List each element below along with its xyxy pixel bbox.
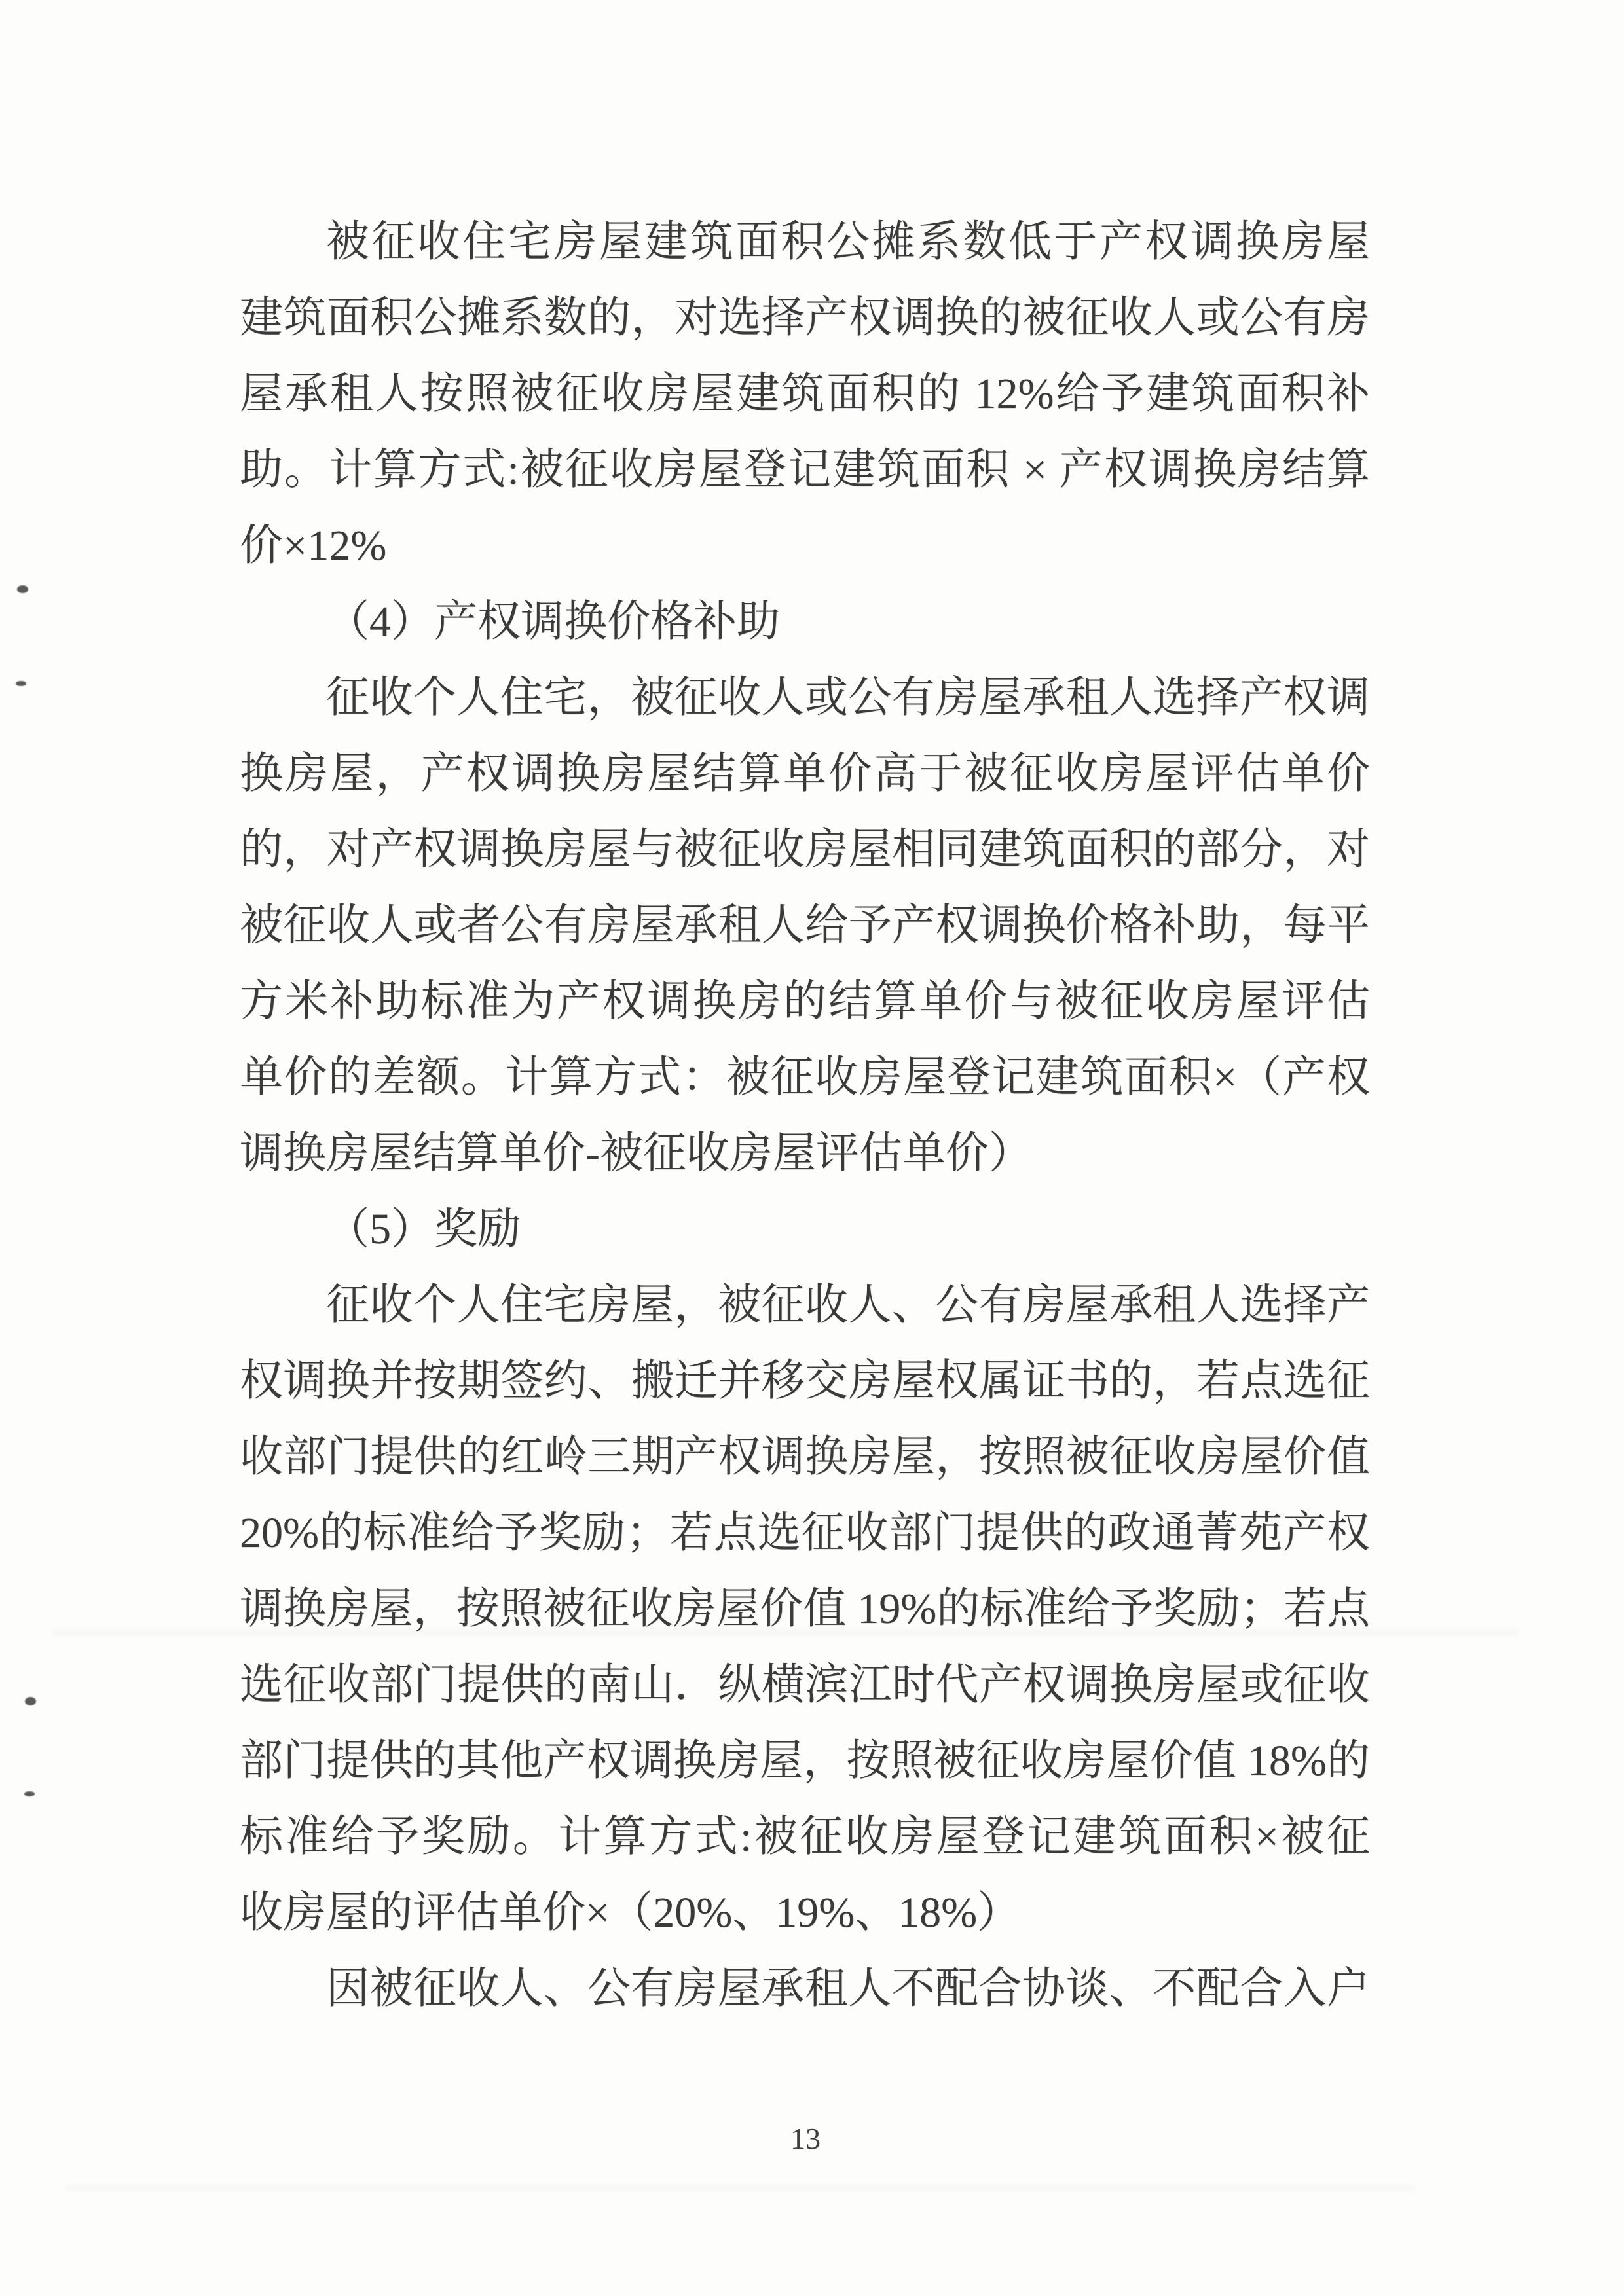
text-line: 标准给予奖励。计算方式:被征收房屋登记建筑面积×被征 — [240, 1799, 1370, 1875]
section-heading: （4）产权调换价格补助 — [240, 584, 1370, 660]
text-line: 方米补助标准为产权调换房的结算单价与被征收房屋评估 — [240, 964, 1370, 1040]
margin-scan-mark — [24, 1791, 35, 1796]
text-line: 权调换并按期签约、搬迁并移交房屋权属证书的，若点选征 — [240, 1343, 1370, 1419]
text-line: 部门提供的其他产权调换房屋，按照被征收房屋价值 18%的 — [240, 1723, 1370, 1799]
text-line: 调换房屋结算单价-被征收房屋评估单价） — [240, 1116, 1370, 1192]
margin-scan-mark — [17, 585, 28, 593]
document-page: 被征收住宅房屋建筑面积公摊系数低于产权调换房屋 建筑面积公摊系数的，对选择产权调… — [0, 0, 1624, 2296]
text-line: 屋承租人按照被征收房屋建筑面积的 12%给予建筑面积补 — [240, 356, 1370, 432]
text-line: 选征收部门提供的南山．纵横滨江时代产权调换房屋或征收 — [240, 1647, 1370, 1723]
text-line: 征收个人住宅房屋，被征收人、公有房屋承租人选择产 — [240, 1267, 1370, 1343]
text-line: 价×12% — [240, 508, 1370, 584]
text-line: 收部门提供的红岭三期产权调换房屋，按照被征收房屋价值 — [240, 1419, 1370, 1495]
scan-artifact — [65, 2185, 1414, 2191]
text-line: 因被征收人、公有房屋承租人不配合协谈、不配合入户 — [240, 1951, 1370, 2027]
text-line: 建筑面积公摊系数的，对选择产权调换的被征收人或公有房 — [240, 280, 1370, 356]
document-body: 被征收住宅房屋建筑面积公摊系数低于产权调换房屋 建筑面积公摊系数的，对选择产权调… — [240, 204, 1370, 2027]
text-line: 换房屋，产权调换房屋结算单价高于被征收房屋评估单价 — [240, 736, 1370, 812]
text-line: 被征收住宅房屋建筑面积公摊系数低于产权调换房屋 — [240, 204, 1370, 280]
text-line: 的，对产权调换房屋与被征收房屋相同建筑面积的部分，对 — [240, 812, 1370, 888]
scan-artifact — [52, 1629, 1519, 1635]
margin-scan-mark — [25, 1697, 36, 1705]
text-line: 收房屋的评估单价×（20%、19%、18%） — [240, 1875, 1370, 1951]
text-line: 单价的差额。计算方式：被征收房屋登记建筑面积×（产权 — [240, 1040, 1370, 1116]
text-line: 调换房屋，按照被征收房屋价值 19%的标准给予奖励；若点 — [240, 1571, 1370, 1647]
text-line: 20%的标准给予奖励；若点选征收部门提供的政通菁苑产权 — [240, 1495, 1370, 1571]
text-line: 征收个人住宅，被征收人或公有房屋承租人选择产权调 — [240, 660, 1370, 736]
page-number: 13 — [0, 2121, 1611, 2156]
margin-scan-mark — [16, 681, 26, 686]
text-line: 被征收人或者公有房屋承租人给予产权调换价格补助，每平 — [240, 888, 1370, 964]
section-heading: （5）奖励 — [240, 1192, 1370, 1267]
text-line: 助。计算方式:被征收房屋登记建筑面积 × 产权调换房结算 — [240, 432, 1370, 508]
